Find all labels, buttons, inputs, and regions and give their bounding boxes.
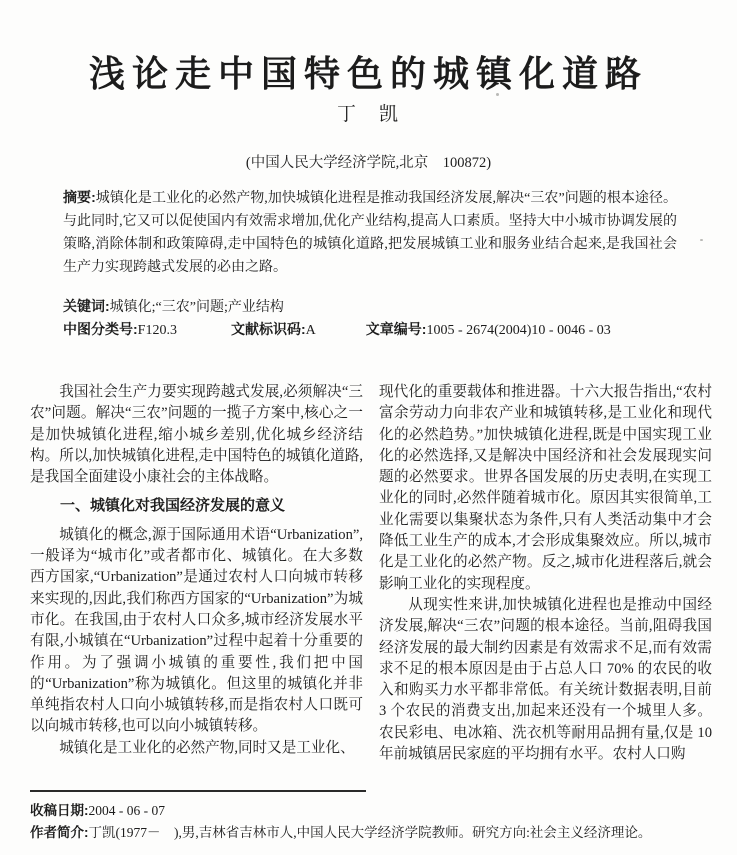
scan-speck — [700, 239, 703, 241]
left-column: 我国社会生产力要实现跨越式发展,必须解决“三农”问题。解决“三农”问题的一揽子方… — [30, 382, 363, 776]
scan-speck — [612, 57, 614, 59]
scan-speck — [607, 431, 609, 433]
article-id: 文章编号:1005 - 2674(2004)10 - 0046 - 03 — [366, 318, 611, 342]
paper-title: 浅论走中国特色的城镇化道路 — [0, 46, 737, 97]
abstract-text: 城镇化是工业化的必然产物,加快城镇化进程是推动我国经济发展,解决“三农”问题的根… — [63, 191, 677, 275]
abstract-block: 摘要:城镇化是工业化的必然产物,加快城镇化进程是推动我国经济发展,解决“三农”问… — [63, 186, 677, 279]
keywords-label: 关键词: — [63, 298, 110, 314]
author-bio-line: 作者简介:丁凯(1977－ ),男,吉林省吉林市人,中国人民大学经济学院教师。研… — [30, 823, 730, 843]
body-paragraph: 城镇化是工业化的必然产物,同时又是工业化、 — [30, 738, 363, 759]
abstract-label: 摘要: — [63, 189, 96, 205]
body-paragraph: 城镇化的概念,源于国际通用术语“Urbanization”,一般译为“城市化”或… — [30, 525, 363, 738]
paper-author: 丁 凯 — [0, 99, 737, 126]
scanned-paper-page: 浅论走中国特色的城镇化道路 丁 凯 (中国人民大学经济学院,北京 100872)… — [0, 0, 737, 855]
body-paragraph: 从现实性来讲,加快城镇化进程也是推动中国经济发展,解决“三农”问题的根本途径。当… — [379, 595, 712, 765]
received-date-line: 收稿日期:2004 - 06 - 07 — [30, 801, 730, 821]
right-column: 现代化的重要载体和推进器。十六大报告指出,“农村富余劳动力向非农产业和城镇转移,… — [379, 382, 712, 776]
keywords-block: 关键词:城镇化;“三农”问题;产业结构 — [63, 295, 677, 319]
footnote-divider — [30, 790, 366, 792]
body-two-columns: 我国社会生产力要实现跨越式发展,必须解决“三农”问题。解决“三农”问题的一揽子方… — [30, 382, 712, 776]
scan-speck — [496, 93, 499, 96]
section-heading-1: 一、城镇化对我国经济发展的意义 — [30, 495, 363, 516]
document-code: 文献标识码:A — [231, 318, 316, 342]
classification-line: 中图分类号:F120.3 文献标识码:A 文章编号:1005 - 2674(20… — [63, 318, 703, 342]
body-paragraph: 现代化的重要载体和推进器。十六大报告指出,“农村富余劳动力向非农产业和城镇转移,… — [379, 382, 712, 595]
keywords-text: 城镇化;“三农”问题;产业结构 — [110, 300, 284, 315]
clc-number: 中图分类号:F120.3 — [63, 318, 177, 342]
body-paragraph: 我国社会生产力要实现跨越式发展,必须解决“三农”问题。解决“三农”问题的一揽子方… — [30, 382, 363, 488]
author-affiliation: (中国人民大学经济学院,北京 100872) — [0, 151, 737, 172]
